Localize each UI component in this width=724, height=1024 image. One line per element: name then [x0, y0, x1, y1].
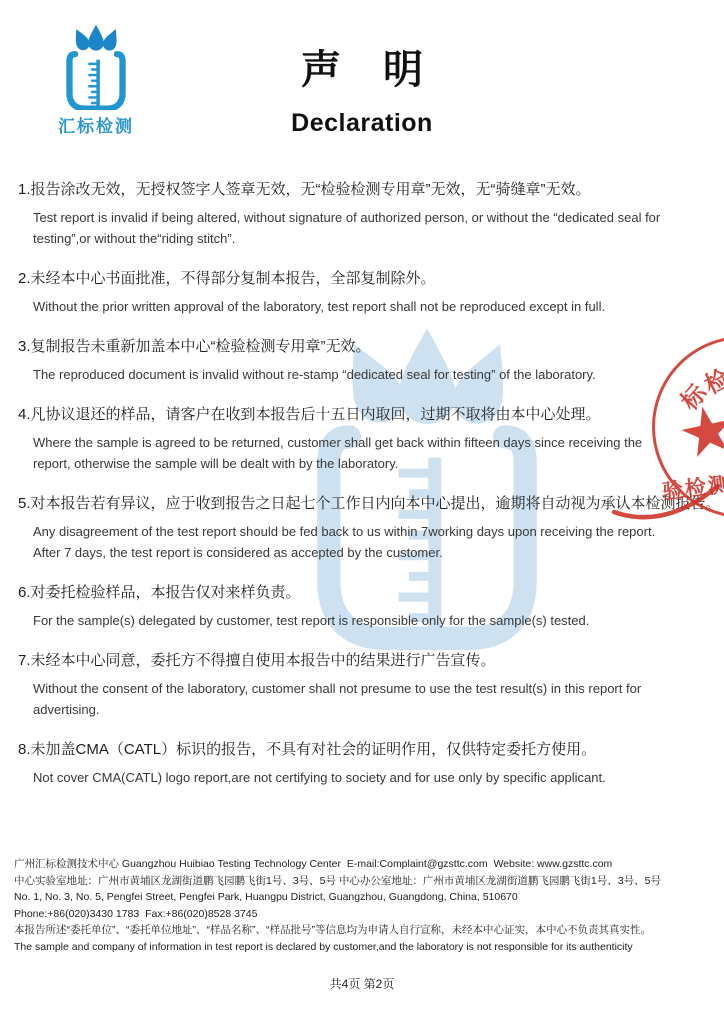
- footer-address-en: No. 1, No. 3, No. 5, Pengfei Street, Pen…: [14, 889, 724, 906]
- item-4-en: Where the sample is agreed to be returne…: [33, 432, 681, 474]
- item-2-en: Without the prior written approval of th…: [33, 296, 681, 317]
- declaration-item-7: 7.未经本中心同意，委托方不得擅自使用本报告中的结果进行广告宣传。 Withou…: [18, 649, 716, 720]
- seal-arc-swoosh: [610, 480, 724, 537]
- page-title-en: Declaration: [0, 109, 724, 138]
- item-6-cn: 6.对委托检验样品，本报告仅对来样负责。: [18, 581, 716, 605]
- item-7-en: Without the consent of the laboratory, c…: [33, 678, 681, 720]
- item-1-cn: 1.报告涂改无效，无授权签字人签章无效，无“检验检测专用章”无效，无“骑缝章”无…: [18, 178, 716, 202]
- declaration-item-8: 8.未加盖CMA（CATL）标识的报告，不具有对社会的证明作用，仅供特定委托方使…: [18, 738, 716, 788]
- item-5-en: Any disagreement of the test report shou…: [33, 521, 681, 563]
- item-3-en: The reproduced document is invalid witho…: [33, 364, 681, 385]
- declaration-item-6: 6.对委托检验样品，本报告仅对来样负责。 For the sample(s) d…: [18, 581, 716, 631]
- page-title-cn: 声 明: [0, 38, 724, 95]
- item-7-cn: 7.未经本中心同意，委托方不得擅自使用本报告中的结果进行广告宣传。: [18, 649, 716, 673]
- item-1-en: Test report is invalid if being altered,…: [33, 207, 681, 249]
- footer: 广州汇标检测技术中心 Guangzhou Huibiao Testing Tec…: [14, 856, 724, 955]
- page-number: 共4页 第2页: [0, 975, 724, 992]
- item-8-en: Not cover CMA(CATL) logo report,are not …: [33, 767, 681, 788]
- footer-disclaimer-cn: 本报告所述“委托单位”、“委托单位地址”、“样品名称”、“样品批号”等信息均为申…: [14, 922, 724, 939]
- declaration-item-4: 4.凡协议退还的样品，请客户在收到本报告后十五日内取回，过期不取将由本中心处理。…: [18, 403, 716, 474]
- item-3-cn: 3.复制报告未重新加盖本中心“检验检测专用章”无效。: [18, 335, 716, 359]
- footer-phone-fax: Phone:+86(020)3430 1783 Fax:+86(020)8528…: [14, 906, 724, 923]
- item-8-cn: 8.未加盖CMA（CATL）标识的报告，不具有对社会的证明作用，仅供特定委托方使…: [18, 738, 716, 762]
- declaration-item-3: 3.复制报告未重新加盖本中心“检验检测专用章”无效。 The reproduce…: [18, 335, 716, 385]
- item-6-en: For the sample(s) delegated by customer,…: [33, 610, 681, 631]
- declaration-item-2: 2.未经本中心书面批准，不得部分复制本报告，全部复制除外。 Without th…: [18, 267, 716, 317]
- item-2-cn: 2.未经本中心书面批准，不得部分复制本报告，全部复制除外。: [18, 267, 716, 291]
- footer-center-name: 广州汇标检测技术中心 Guangzhou Huibiao Testing Tec…: [14, 856, 724, 873]
- item-4-cn: 4.凡协议退还的样品，请客户在收到本报告后十五日内取回，过期不取将由本中心处理。: [18, 403, 716, 427]
- declaration-page: 汇标检测 声 明 Declaration 1.报告涂改无效，无授权签字人签章无效…: [0, 0, 724, 1024]
- title-block: 声 明 Declaration: [0, 38, 724, 138]
- footer-disclaimer-en: The sample and company of information in…: [14, 939, 724, 956]
- declaration-item-1: 1.报告涂改无效，无授权签字人签章无效，无“检验检测专用章”无效，无“骑缝章”无…: [18, 178, 716, 249]
- footer-address-cn: 中心实验室地址：广州市黄埔区龙湖街道鹏飞园鹏飞街1号、3号、5号 中心办公室地址…: [14, 873, 724, 890]
